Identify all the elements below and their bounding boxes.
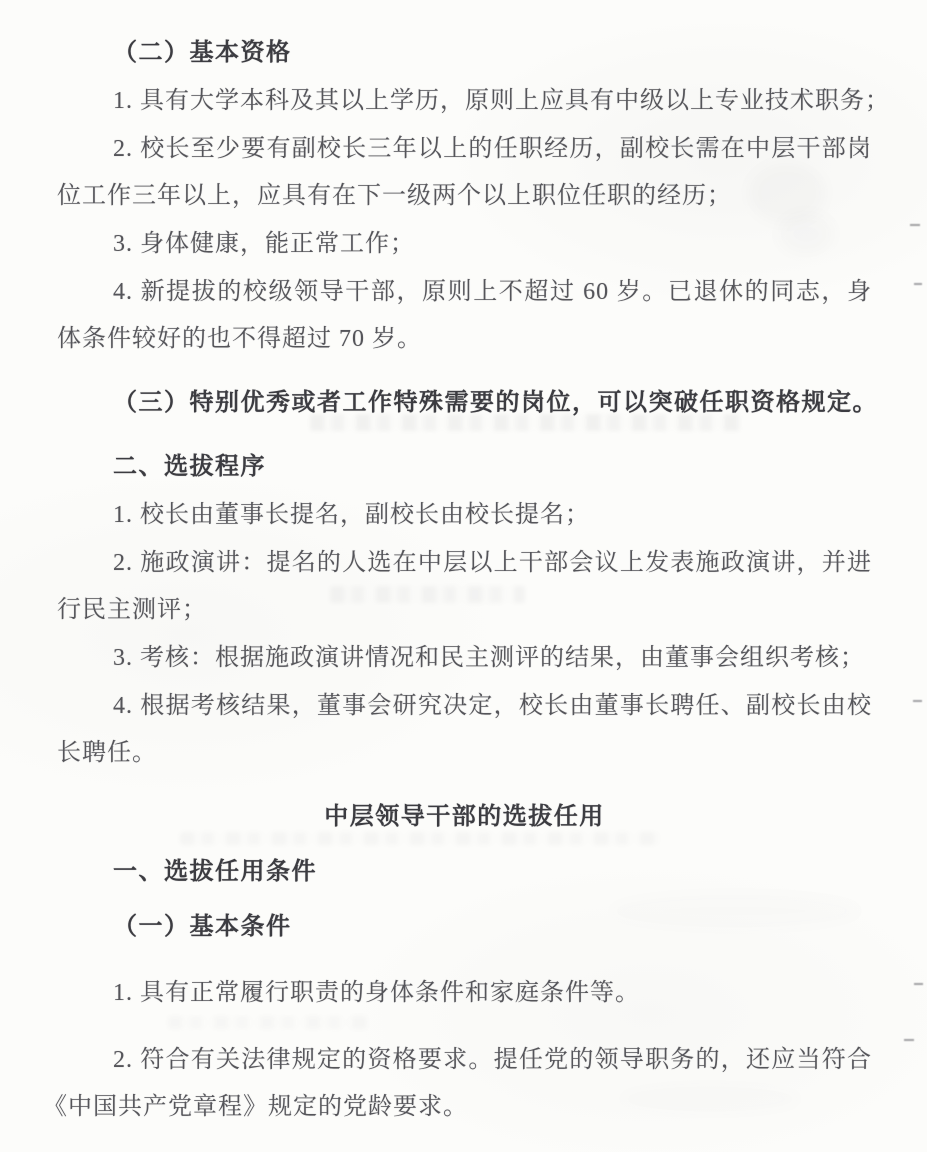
section-heading: （二）基本资格 bbox=[57, 30, 872, 77]
section-heading: 一、选拔任用条件 bbox=[57, 849, 872, 896]
section-heading: 二、选拔程序 bbox=[57, 444, 872, 491]
text-line: 4. 新提拔的校级领导干部，原则上不超过 60 岁。已退休的同志，身 bbox=[57, 269, 872, 316]
scan-edge-mark bbox=[904, 1039, 914, 1041]
text-line: 一、选拔任用条件 bbox=[57, 849, 872, 896]
text-line: 2. 施政演讲：提名的人选在中层以上干部会议上发表施政演讲，并进 bbox=[57, 540, 872, 587]
paragraph: 3. 身体健康，能正常工作； bbox=[57, 221, 872, 268]
text-line: 1. 校长由董事长提名，副校长由校长提名； bbox=[57, 492, 872, 539]
text-line: 长聘任。 bbox=[57, 730, 872, 777]
text-line: 1. 具有大学本科及其以上学历，原则上应具有中级以上专业技术职务； bbox=[57, 78, 872, 125]
section-heading: （一）基本条件 bbox=[57, 904, 872, 951]
paragraph: 4. 根据考核结果，董事会研究决定，校长由董事长聘任、副校长由校长聘任。 bbox=[57, 683, 872, 777]
scan-edge-mark bbox=[914, 983, 923, 985]
text-line: 《中国共产党章程》规定的党龄要求。 bbox=[43, 1084, 872, 1131]
text-line: 中层领导干部的选拔任用 bbox=[57, 794, 872, 841]
scan-edge-mark bbox=[914, 283, 922, 285]
section-heading: （三）特别优秀或者工作特殊需要的岗位，可以突破任职资格规定。 bbox=[57, 380, 872, 427]
text-line: 3. 身体健康，能正常工作； bbox=[57, 221, 872, 268]
paragraph: 1. 具有大学本科及其以上学历，原则上应具有中级以上专业技术职务； bbox=[57, 78, 872, 125]
document-content: （二）基本资格1. 具有大学本科及其以上学历，原则上应具有中级以上专业技术职务；… bbox=[57, 30, 872, 1131]
paragraph: 2. 符合有关法律规定的资格要求。提任党的领导职务的，还应当符合《中国共产党章程… bbox=[57, 1037, 872, 1131]
text-line: 行民主测评； bbox=[57, 587, 872, 634]
paragraph: 1. 校长由董事长提名，副校长由校长提名； bbox=[57, 492, 872, 539]
text-line: 2. 校长至少要有副校长三年以上的任职经历，副校长需在中层干部岗 bbox=[57, 126, 872, 173]
text-line: 体条件较好的也不得超过 70 岁。 bbox=[57, 316, 872, 363]
scan-edge-mark bbox=[913, 700, 922, 702]
text-line: （二）基本资格 bbox=[57, 30, 872, 77]
text-line: （三）特别优秀或者工作特殊需要的岗位，可以突破任职资格规定。 bbox=[57, 380, 872, 427]
text-line: 二、选拔程序 bbox=[57, 444, 872, 491]
paragraph: 1. 具有正常履行职责的身体条件和家庭条件等。 bbox=[57, 970, 872, 1017]
document-title: 中层领导干部的选拔任用 bbox=[57, 794, 872, 841]
text-line: 3. 考核：根据施政演讲情况和民主测评的结果，由董事会组织考核； bbox=[57, 635, 872, 682]
text-line: 4. 根据考核结果，董事会研究决定，校长由董事长聘任、副校长由校 bbox=[57, 683, 872, 730]
scan-edge-mark bbox=[910, 224, 920, 226]
paragraph: 4. 新提拔的校级领导干部，原则上不超过 60 岁。已退休的同志，身体条件较好的… bbox=[57, 269, 872, 363]
text-line: 2. 符合有关法律规定的资格要求。提任党的领导职务的，还应当符合 bbox=[57, 1037, 872, 1084]
paragraph: 2. 施政演讲：提名的人选在中层以上干部会议上发表施政演讲，并进行民主测评； bbox=[57, 540, 872, 634]
text-line: 位工作三年以上，应具有在下一级两个以上职位任职的经历； bbox=[57, 173, 872, 220]
text-line: （一）基本条件 bbox=[57, 904, 872, 951]
paragraph: 2. 校长至少要有副校长三年以上的任职经历，副校长需在中层干部岗位工作三年以上，… bbox=[57, 126, 872, 220]
paragraph: 3. 考核：根据施政演讲情况和民主测评的结果，由董事会组织考核； bbox=[57, 635, 872, 682]
scanned-document-page: （二）基本资格1. 具有大学本科及其以上学历，原则上应具有中级以上专业技术职务；… bbox=[0, 0, 927, 1152]
text-line: 1. 具有正常履行职责的身体条件和家庭条件等。 bbox=[57, 970, 872, 1017]
